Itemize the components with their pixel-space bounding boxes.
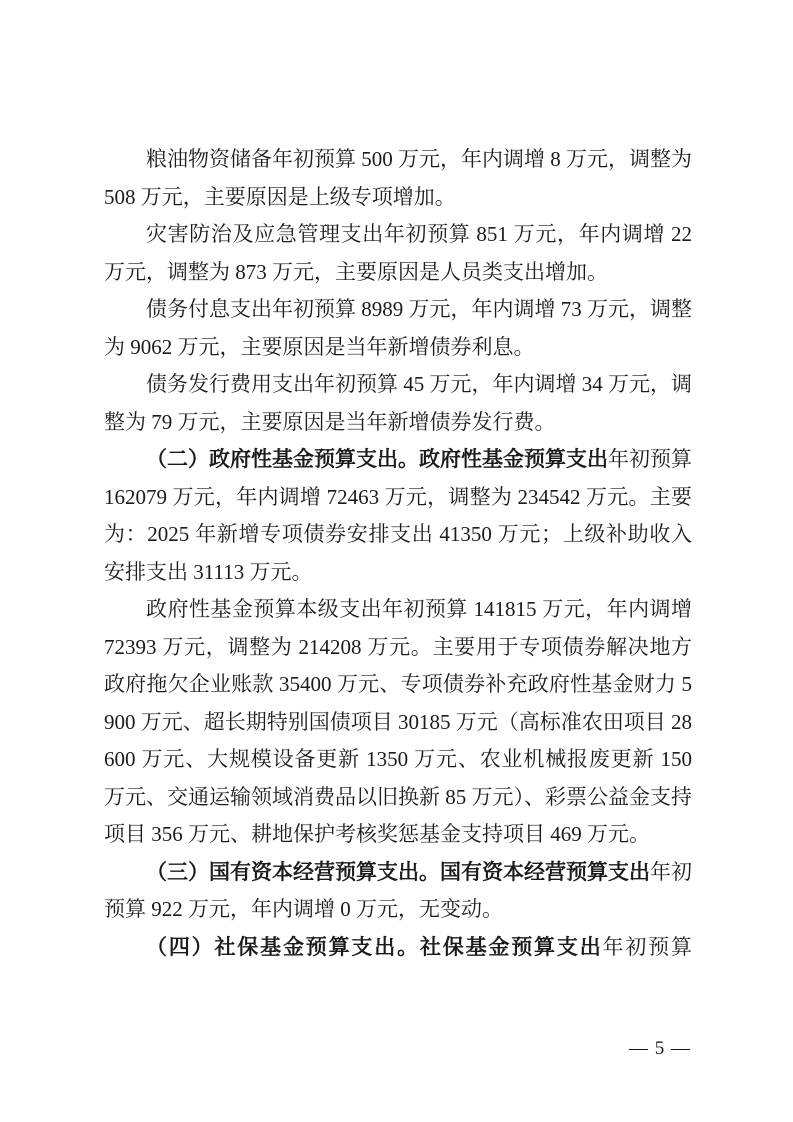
section-heading-state-capital: （三）国有资本经营预算支出。国有资本经营预算支出 — [146, 860, 650, 884]
section-heading-social-security: （四）社保基金预算支出。社保基金预算支出 — [146, 935, 603, 959]
paragraph-text: 粮油物资储备年初预算 500 万元，年内调增 8 万元，调整为 508 万元，主… — [104, 147, 692, 209]
paragraph-state-capital-budget: （三）国有资本经营预算支出。国有资本经营预算支出年初预算 922 万元，年内调增… — [104, 854, 692, 929]
paragraph-debt-interest: 债务付息支出年初预算 8989 万元，年内调增 73 万元，调整为 9062 万… — [104, 291, 692, 366]
document-page: 粮油物资储备年初预算 500 万元，年内调增 8 万元，调整为 508 万元，主… — [0, 0, 793, 1122]
paragraph-disaster-management: 灾害防治及应急管理支出年初预算 851 万元，年内调增 22 万元，调整为 87… — [104, 216, 692, 291]
paragraph-text: 债务发行费用支出年初预算 45 万元，年内调增 34 万元，调整为 79 万元，… — [104, 372, 692, 434]
paragraph-grain-reserves: 粮油物资储备年初预算 500 万元，年内调增 8 万元，调整为 508 万元，主… — [104, 141, 692, 216]
paragraph-social-security-budget: （四）社保基金预算支出。社保基金预算支出年初预算 — [104, 929, 692, 967]
document-body: 粮油物资储备年初预算 500 万元，年内调增 8 万元，调整为 508 万元，主… — [104, 141, 692, 966]
paragraph-debt-issuance-fee: 债务发行费用支出年初预算 45 万元，年内调增 34 万元，调整为 79 万元，… — [104, 366, 692, 441]
paragraph-government-fund-local: 政府性基金预算本级支出年初预算 141815 万元，年内调增 72393 万元，… — [104, 591, 692, 854]
paragraph-text: 政府性基金预算本级支出年初预算 141815 万元，年内调增 72393 万元，… — [104, 597, 692, 846]
paragraph-text: 债务付息支出年初预算 8989 万元，年内调增 73 万元，调整为 9062 万… — [104, 297, 692, 359]
paragraph-text: 灾害防治及应急管理支出年初预算 851 万元，年内调增 22 万元，调整为 87… — [104, 222, 692, 284]
paragraph-government-fund-budget: （二）政府性基金预算支出。政府性基金预算支出年初预算 162079 万元，年内调… — [104, 441, 692, 591]
paragraph-text: 年初预算 — [603, 935, 692, 959]
section-heading-government-fund: （二）政府性基金预算支出。政府性基金预算支出 — [146, 447, 608, 471]
page-number: — 5 — — [629, 1036, 691, 1062]
